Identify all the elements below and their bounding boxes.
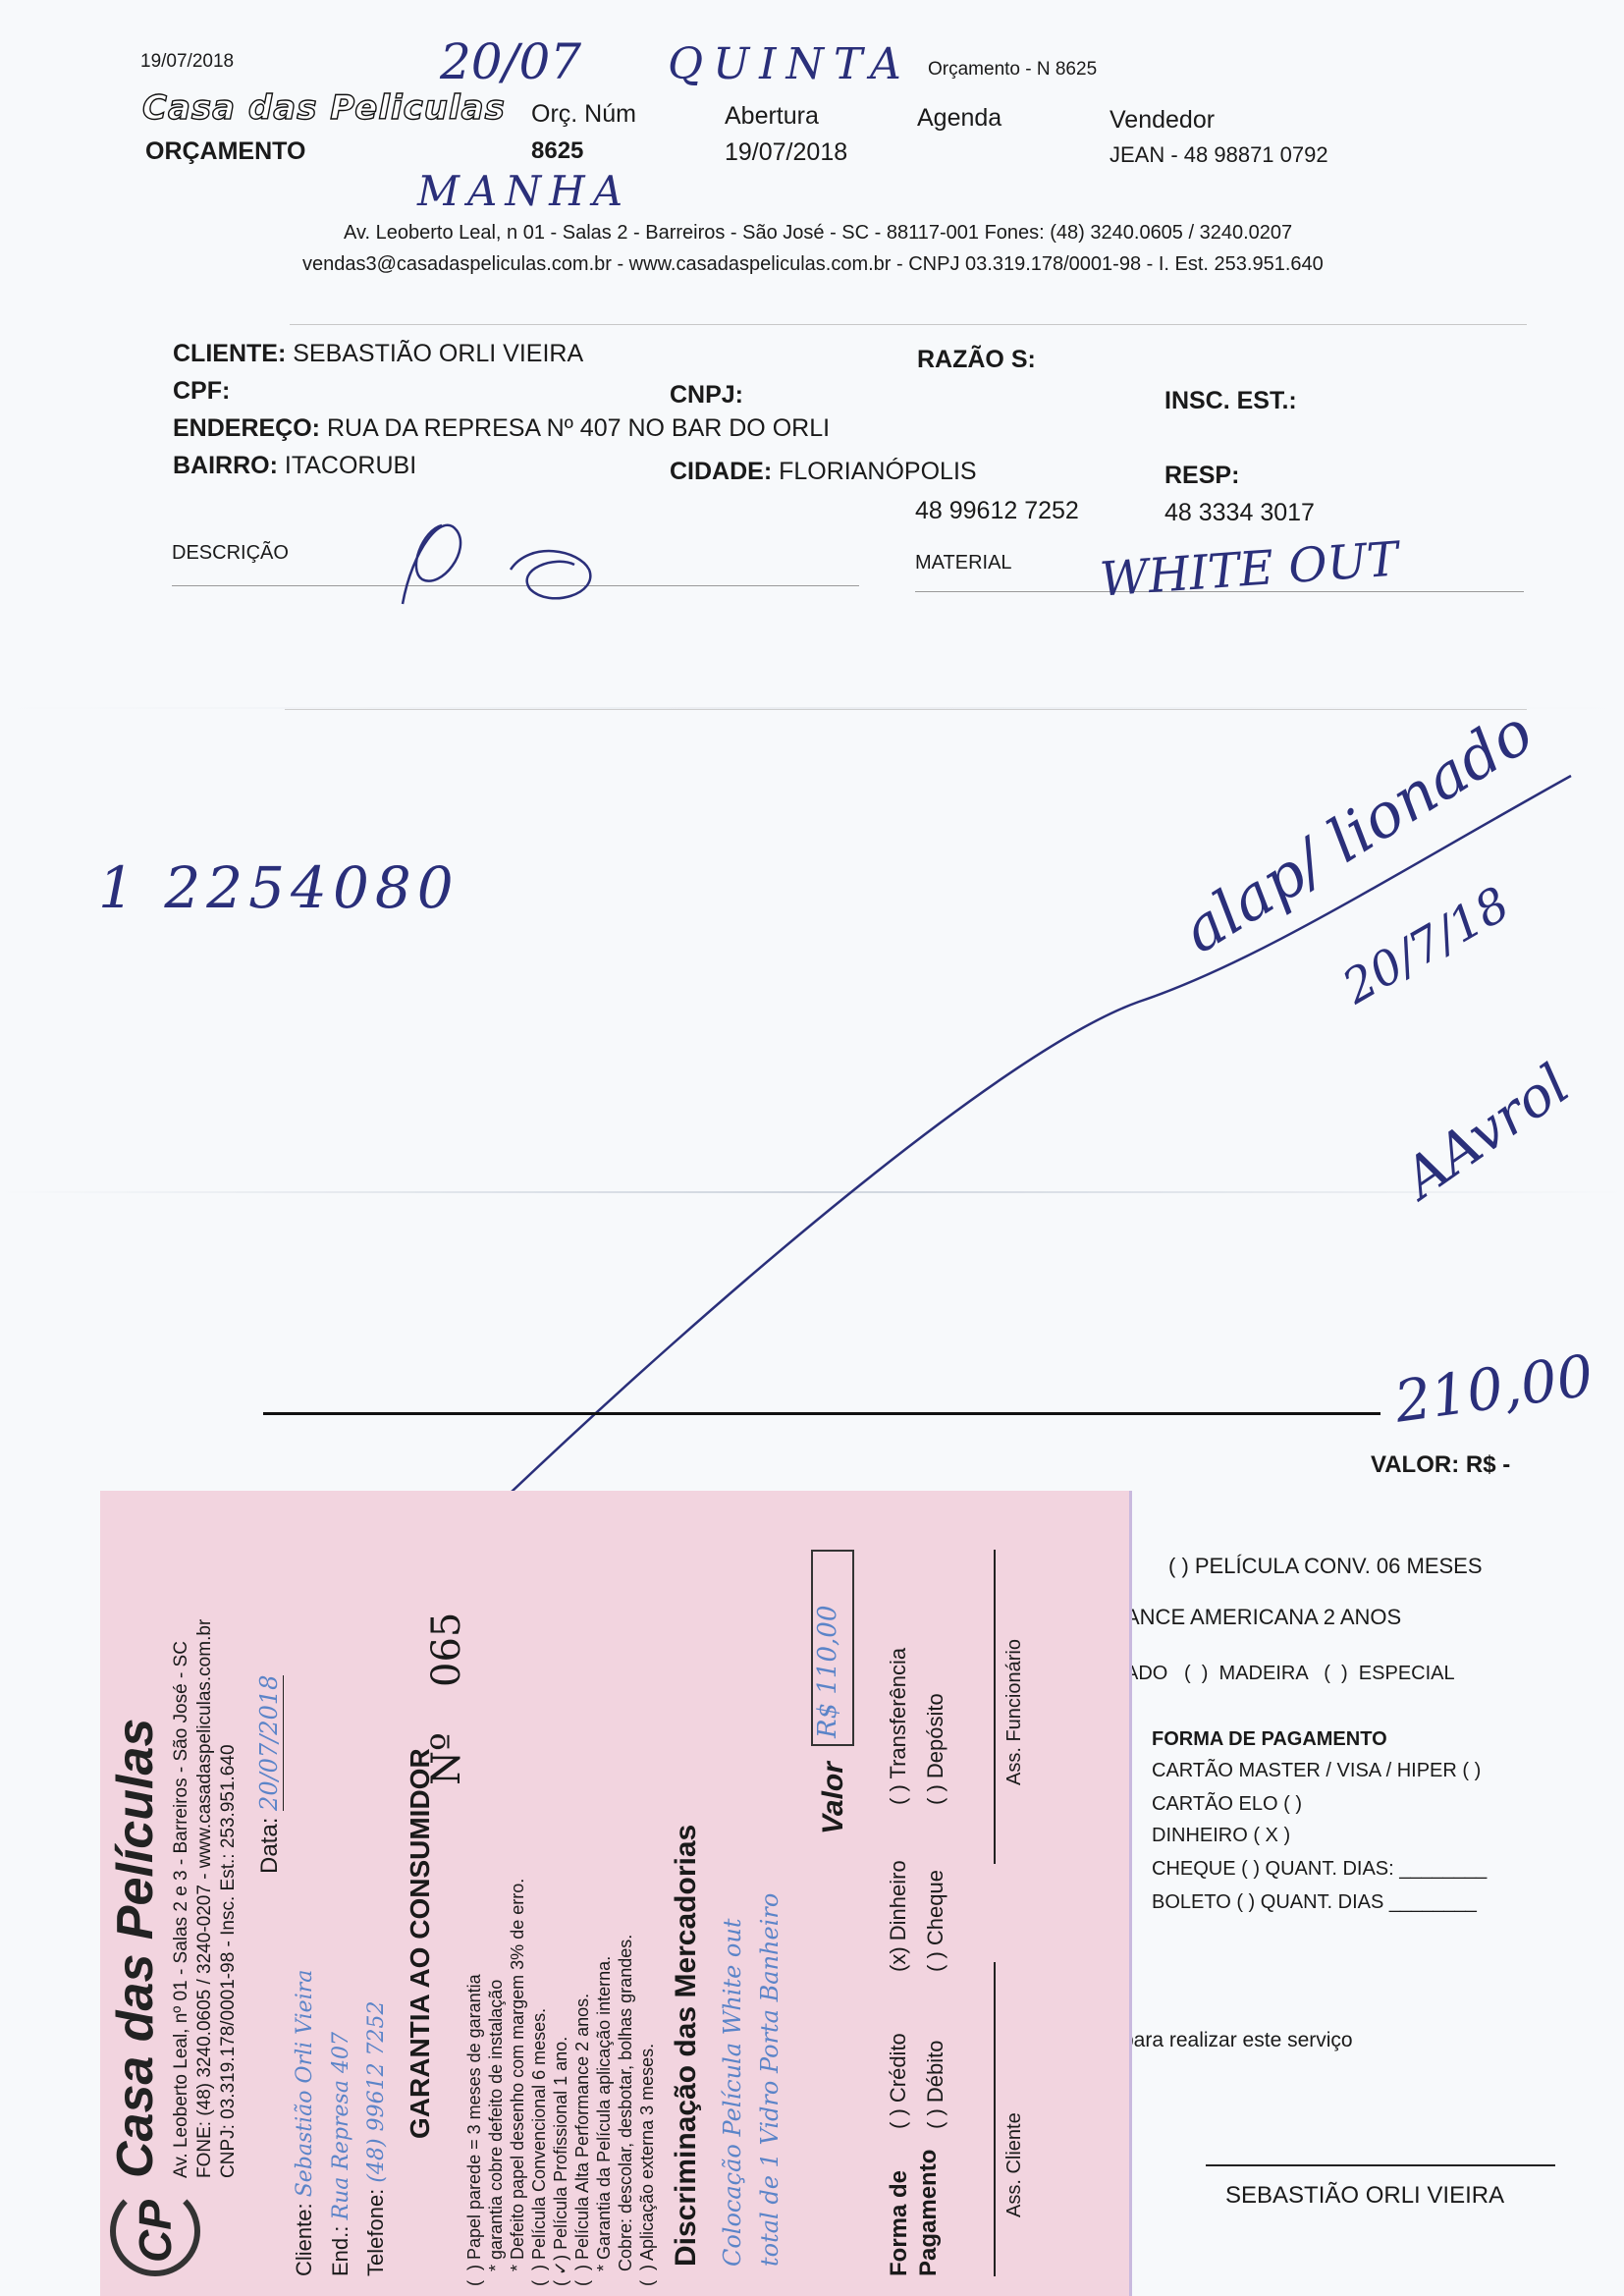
- description-label: DESCRIÇÃO: [172, 542, 289, 565]
- receipt-client-row: Cliente: Sebastião Orli Vieira: [292, 1510, 317, 2276]
- warranty-receipt: CP Casa das Películas Av. Leoberto Leal,…: [100, 1491, 1132, 2296]
- warranty-terms: ( ) Papel parede = 3 meses de garantia *…: [463, 1879, 658, 2286]
- receipt-address: Av. Leoberto Leal, nº 01 - Salas 2 e 3 -…: [171, 1641, 192, 2178]
- address-label: ENDEREÇO:: [173, 414, 320, 442]
- receipt-valor-value: R$ 110,00: [811, 1550, 854, 1746]
- warranty-number-label: Nº: [424, 1732, 469, 1785]
- receipt-pay-deposit[interactable]: ( ) Depósito: [923, 1693, 948, 1805]
- receipt-logo-mark: CP: [110, 2186, 200, 2276]
- resp-label: RESP:: [1164, 462, 1239, 490]
- total-line: [263, 1412, 1380, 1415]
- receipt-brand: Casa das Películas: [106, 1719, 165, 2178]
- cidade-value: FLORIANÓPOLIS: [779, 458, 976, 485]
- warranty-term: ( ✓) Película Profissional 1 ano.: [550, 1879, 571, 2286]
- receipt-address-row: End.: Rua Represa 407: [328, 2032, 353, 2276]
- warranty-term: * Defeito papel desenho com margem 3% de…: [507, 1879, 528, 2286]
- column-label-orc-num: Orç. Núm: [531, 100, 636, 129]
- bairro-value: ITACORUBI: [285, 452, 416, 479]
- client-label: CLIENTE:: [173, 340, 286, 367]
- receipt-date-label: Data:: [256, 1818, 283, 1874]
- client-signature-line: [994, 1962, 996, 2276]
- client-phone-1: 48 99612 7252: [915, 497, 1079, 525]
- receipt-end-value: Rua Represa 407: [329, 2032, 353, 2219]
- description-scribble-icon: [383, 511, 638, 629]
- payment-option-elo[interactable]: CARTÃO ELO ( ): [1152, 1793, 1302, 1816]
- column-value-orc-num: 8625: [531, 137, 583, 165]
- payment-option-cash[interactable]: DINHEIRO ( X ): [1152, 1825, 1290, 1847]
- goods-title: Discriminação das Mercadorias: [670, 1825, 703, 2267]
- option-types[interactable]: ADO ( ) MADEIRA ( ) ESPECIAL: [1125, 1663, 1455, 1685]
- column-label-vendedor: Vendedor: [1110, 106, 1215, 135]
- warranty-term: * Garantia da Película aplicação interna…: [593, 1879, 615, 2286]
- address-row: ENDEREÇO: RUA DA REPRESA Nº 407 NO BAR D…: [173, 414, 830, 443]
- razao-social-label: RAZÃO S:: [917, 346, 1036, 374]
- handwritten-weekday: QUINTA: [668, 39, 911, 89]
- column-value-abertura: 19/07/2018: [725, 138, 847, 167]
- handwritten-period: MANHA: [417, 167, 630, 215]
- material-label: MATERIAL: [915, 552, 1012, 574]
- employee-signature-line: [994, 1550, 996, 1864]
- company-logo: Casa das Peliculas: [142, 88, 506, 128]
- client-name: SEBASTIÃO ORLI VIEIRA: [293, 340, 583, 367]
- cpf-label: CPF:: [173, 377, 230, 406]
- warranty-title: GARANTIA AO CONSUMIDOR: [405, 1748, 436, 2139]
- document-reference: Orçamento - N 8625: [928, 59, 1097, 81]
- receipt-ids: CNPJ: 03.319.178/0001-98 - Insc. Est.: 2…: [218, 1744, 240, 2178]
- employee-signature-label: Ass. Funcionário: [1003, 1639, 1026, 1785]
- warranty-term: ( ) Aplicação externa 3 meses.: [636, 1879, 658, 2286]
- receipt-client-value: Sebastião Orli Vieira: [293, 1970, 317, 2198]
- receipt-pay-cash[interactable]: (x) Dinheiro: [886, 1860, 911, 1972]
- insc-est-label: INSC. EST.:: [1164, 387, 1297, 415]
- receipt-pay-credit[interactable]: ( ) Crédito: [886, 2033, 911, 2129]
- client-phone-2: 48 3334 3017: [1164, 499, 1315, 527]
- warranty-term: * garantia cobre defeito de instalação: [485, 1879, 507, 2286]
- handwritten-date: 20/07: [440, 33, 581, 90]
- valor-label: VALOR: R$ -: [1371, 1451, 1510, 1479]
- payment-form-label-1: Forma de: [886, 2170, 913, 2276]
- handwritten-number: 1 2254080: [98, 854, 460, 921]
- warranty-term: Cobre: descolar, desbotar, bolhas grande…: [615, 1879, 636, 2286]
- bairro-row: BAIRRO: ITACORUBI: [173, 452, 416, 480]
- address-value: RUA DA REPRESA Nº 407 NO BAR DO ORLI: [327, 414, 830, 442]
- option-performance[interactable]: ANCE AMERICANA 2 ANOS: [1125, 1605, 1401, 1630]
- receipt-valor-label: Valor: [817, 1762, 850, 1834]
- payment-option-cheque[interactable]: CHEQUE ( ) QUANT. DIAS: ________: [1152, 1858, 1487, 1881]
- signature-name: SEBASTIÃO ORLI VIEIRA: [1225, 2182, 1504, 2210]
- column-value-vendedor: JEAN - 48 98871 0792: [1110, 142, 1328, 168]
- receipt-client-label: Cliente:: [292, 2203, 316, 2276]
- goods-line-1: Colocação Película White out: [719, 1919, 746, 2267]
- cidade-label: CIDADE:: [670, 458, 772, 485]
- warranty-number: 065: [424, 1613, 469, 1687]
- payment-form-label-2: Pagamento: [915, 2150, 943, 2276]
- service-text: para realizar este serviço: [1122, 2029, 1353, 2052]
- receipt-date-row: Data: 20/07/2018: [255, 1675, 284, 1874]
- bairro-label: BAIRRO:: [173, 452, 278, 479]
- divider: [285, 709, 1527, 710]
- warranty-term: ( ) Papel parede = 3 meses de garantia: [463, 1879, 485, 2286]
- company-contact: vendas3@casadaspeliculas.com.br - www.ca…: [302, 253, 1324, 276]
- receipt-phone-value: (48) 99612 7252: [364, 2000, 389, 2182]
- column-label-agenda: Agenda: [917, 104, 1001, 133]
- option-pelicula-conv[interactable]: ( ) PELÍCULA CONV. 06 MESES: [1168, 1554, 1483, 1579]
- signature-line: [1206, 2164, 1555, 2166]
- client-signature-label: Ass. Cliente: [1003, 2112, 1026, 2217]
- warranty-term: ( ) Película Alta Performance 2 anos.: [571, 1879, 593, 2286]
- client-name-row: CLIENTE: SEBASTIÃO ORLI VIEIRA: [173, 340, 583, 368]
- print-date: 19/07/2018: [140, 51, 234, 73]
- cnpj-label: CNPJ:: [670, 381, 743, 410]
- receipt-pay-debit[interactable]: ( ) Débito: [923, 2041, 948, 2129]
- payment-option-boleto[interactable]: BOLETO ( ) QUANT. DIAS ________: [1152, 1891, 1477, 1914]
- handwritten-material: WHITE OUT: [1098, 531, 1399, 607]
- receipt-end-label: End.:: [328, 2226, 352, 2276]
- receipt-phone: FONE: (48) 3240.0605 / 3240-0207 - www.c…: [194, 1619, 216, 2178]
- receipt-pay-transfer[interactable]: ( ) Transferência: [886, 1648, 911, 1805]
- receipt-phone-label: Telefone:: [363, 2189, 388, 2276]
- warranty-term: ( ) Película Convencional 6 meses.: [528, 1879, 550, 2286]
- document-type: ORÇAMENTO: [145, 137, 305, 166]
- divider: [290, 324, 1527, 325]
- goods-line-2: total de 1 Vidro Porta Banheiro: [756, 1893, 784, 2267]
- receipt-pay-cheque[interactable]: ( ) Cheque: [923, 1870, 948, 1972]
- column-label-abertura: Abertura: [725, 102, 819, 131]
- payment-option-card[interactable]: CARTÃO MASTER / VISA / HIPER ( ): [1152, 1760, 1481, 1782]
- company-address: Av. Leoberto Leal, n 01 - Salas 2 - Barr…: [344, 222, 1292, 245]
- cidade-row: CIDADE: FLORIANÓPOLIS: [670, 458, 977, 486]
- receipt-phone-row: Telefone: (48) 99612 7252: [363, 2000, 389, 2276]
- payment-title: FORMA DE PAGAMENTO: [1152, 1728, 1387, 1751]
- receipt-date-value: 20/07/2018: [255, 1675, 284, 1811]
